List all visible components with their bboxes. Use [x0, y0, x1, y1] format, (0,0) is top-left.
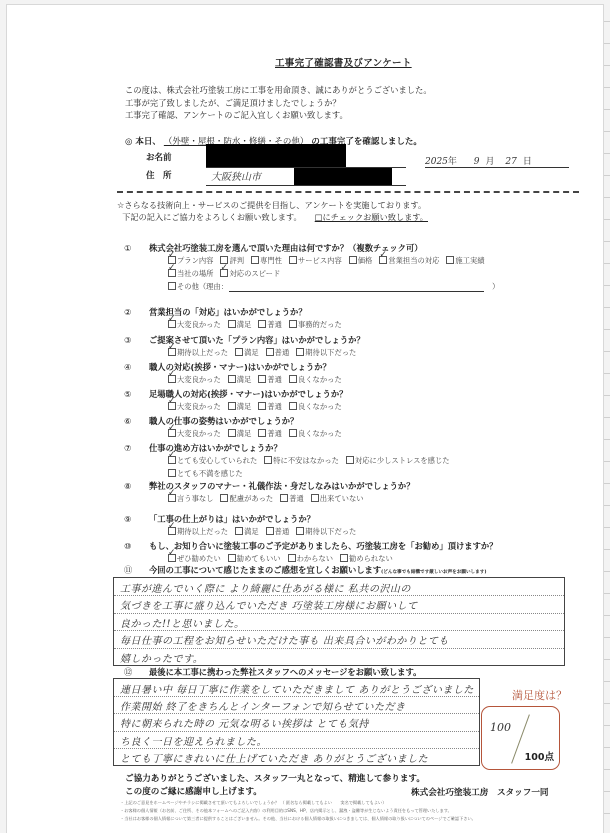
option-label: 満足: [244, 348, 259, 357]
question-number: ⑤: [124, 389, 149, 399]
name-redaction: [206, 144, 346, 168]
question-11: ⑪今回の工事について感じたままのご感想を宜しくお願いします(どんな事でも結構です…: [124, 564, 486, 576]
date-underline: [425, 167, 569, 168]
empty-box-icon[interactable]: [289, 256, 297, 264]
fine-print-line: ・当社はお客様の個人情報について第三者に提供することはございません。その他、当社…: [120, 816, 476, 822]
option-label: 良くなかった: [298, 402, 342, 411]
empty-box-icon[interactable]: [264, 456, 272, 464]
option-checkbox[interactable]: ぜひ勧めたい: [168, 554, 221, 563]
question-text: 今回の工事について感じたままのご感想を宜しくお願いします: [149, 565, 381, 575]
name-label: お名前: [146, 151, 172, 163]
question-3: ③ご提案させて頂いた「プラン内容」はいかがでしょうか？: [124, 334, 365, 346]
option-label: 大変良かった: [177, 375, 221, 384]
date-day: 27: [505, 157, 516, 167]
question-7: ⑦仕事の進め方はいかがでしょうか？: [124, 442, 282, 454]
empty-box-icon[interactable]: [228, 554, 236, 562]
option-label: 普通: [275, 348, 290, 357]
option-checkbox[interactable]: 勧めてもいい: [228, 554, 281, 563]
empty-box-icon[interactable]: [346, 456, 354, 464]
option-checkbox[interactable]: 良くなかった: [289, 429, 342, 438]
option-checkbox[interactable]: 期待以上だった: [168, 348, 228, 357]
handwritten-line: 作業開始 終了をきちんとインターフォンで知らせていただき: [120, 698, 405, 713]
survey-intro-text: 下記の記入にご協力をよろしくお願い致します。: [122, 212, 301, 222]
empty-box-icon[interactable]: [168, 469, 176, 477]
option-label: 普通: [267, 402, 282, 411]
ruled-line: [114, 630, 564, 631]
checked-box-icon[interactable]: [168, 375, 176, 383]
survey-intro-line: ☆さらなる技術向上・サービスのご提供を目指し、アンケートを実施しております。: [117, 200, 428, 212]
question-number: ⑪: [124, 564, 149, 576]
handwritten-line: 気づきを工事に盛り込んでいただき 巧塗装工房様にお願いして: [120, 597, 418, 612]
empty-box-icon[interactable]: [289, 375, 297, 383]
option-checkbox[interactable]: 期待以下だった: [296, 348, 356, 357]
empty-box-icon[interactable]: [289, 402, 297, 410]
option-label: 満足: [244, 527, 259, 536]
checked-box-icon[interactable]: [379, 256, 387, 264]
closing-line: ご協力ありがとうございました、スタッフ一丸となって、精進して参ります。: [125, 773, 425, 786]
option-checkbox[interactable]: わからない: [288, 554, 333, 563]
option-checkbox[interactable]: その他（理由：: [168, 282, 228, 291]
options-row: 大変良かった満足普通良くなかった: [168, 429, 349, 439]
option-label: 普通: [289, 494, 304, 503]
address-underline: [206, 185, 406, 186]
survey-sheet: 工事完了確認書及びアンケート この度は、株式会社巧塗装工房に工事を用命頂き、誠に…: [6, 4, 604, 833]
option-label: 勧めてもいい: [237, 554, 281, 563]
checked-box-icon[interactable]: [168, 320, 176, 328]
option-label: 普通: [275, 527, 290, 536]
option-checkbox[interactable]: 言う事なし: [168, 494, 213, 503]
question-9: ⑨「工事の仕上がりは」はいかがでしょうか？: [124, 513, 315, 525]
satisfaction-label: 満足度は？: [512, 687, 567, 703]
option-label: 評判: [229, 256, 244, 265]
ruled-line: [114, 748, 479, 749]
empty-box-icon[interactable]: [168, 282, 176, 290]
empty-box-icon[interactable]: [266, 527, 274, 535]
date-month: 9: [474, 157, 480, 167]
option-label: 満足: [237, 320, 252, 329]
option-label: 満足: [237, 375, 252, 384]
option-checkbox[interactable]: 良くなかった: [289, 402, 342, 411]
message-textarea[interactable]: 連日暑い中 毎日丁寧に作業をしていただきまして ありがとうございました作業開始 …: [113, 678, 480, 766]
empty-box-icon[interactable]: [220, 494, 228, 502]
option-checkbox[interactable]: 大変良かった: [168, 320, 221, 329]
options-row: とても安心していられた特に不安はなかった対応に少しストレスを感じた: [168, 456, 457, 466]
checked-box-icon[interactable]: [168, 494, 176, 502]
option-checkbox[interactable]: 満足: [228, 402, 252, 411]
impressions-textarea[interactable]: 工事が進んでいく際に より綺麗に仕あがる様に 私共の沢山の気づきを工事に盛り込ん…: [113, 577, 565, 666]
closing-message: ご協力ありがとうございました、スタッフ一丸となって、精進して参ります。 この度の…: [125, 773, 425, 799]
empty-box-icon[interactable]: [296, 348, 304, 356]
option-label: 対応のスピード: [229, 269, 280, 278]
other-close-paren: ）: [492, 282, 499, 291]
option-label: 普通: [267, 320, 282, 329]
question-number: ⑧: [124, 481, 149, 491]
checked-box-icon[interactable]: [168, 429, 176, 437]
closing-line: この度のご縁に感謝申し上げます。: [125, 786, 425, 799]
question-number: ⑦: [124, 443, 149, 453]
option-checkbox[interactable]: 対応のスピード: [220, 269, 280, 278]
option-checkbox[interactable]: 大変良かった: [168, 429, 221, 438]
option-checkbox[interactable]: 対応に少しストレスを感じた: [346, 456, 450, 465]
question-text: もし、お知り合いに塗装工事のご予定がありましたら、巧塗装工房を「お勧め」頂けます…: [149, 541, 497, 551]
option-checkbox[interactable]: 満足: [228, 429, 252, 438]
ruled-line: [114, 595, 564, 596]
options-row: 期待以上だった満足普通期待以下だった: [168, 527, 363, 537]
ruled-line: [114, 713, 479, 714]
empty-box-icon[interactable]: [289, 320, 297, 328]
option-label: 普通: [267, 375, 282, 384]
question-number: ⑫: [124, 666, 149, 678]
option-checkbox[interactable]: とても不満を感じた: [168, 469, 243, 478]
question-text: 職人の対応(挨拶・マナー)はいかがでしょうか？: [149, 362, 331, 372]
question-number: ②: [124, 307, 149, 317]
question-number: ①: [124, 243, 149, 253]
empty-box-icon[interactable]: [349, 256, 357, 264]
option-checkbox[interactable]: 大変良かった: [168, 402, 221, 411]
option-label: 当社の場所: [177, 269, 213, 278]
option-checkbox[interactable]: 勧められない: [340, 554, 393, 563]
options-row: 大変良かった満足普通事務的だった: [168, 320, 349, 330]
option-label: 事務的だった: [298, 320, 342, 329]
option-checkbox[interactable]: 普通: [258, 429, 282, 438]
option-checkbox[interactable]: サービス内容: [289, 256, 342, 265]
empty-box-icon[interactable]: [235, 527, 243, 535]
options-row: 期待以上だった満足普通期待以下だった: [168, 348, 363, 358]
option-label: 価格: [358, 256, 373, 265]
option-label: 期待以上だった: [177, 527, 228, 536]
question-4: ④職人の対応(挨拶・マナー)はいかがでしょうか？: [124, 361, 331, 373]
check-instruction: □にチェックお願い致します。: [315, 212, 428, 222]
option-checkbox[interactable]: 満足: [228, 320, 252, 329]
option-label: サービス内容: [298, 256, 342, 265]
intro-text: この度は、株式会社巧塗装工房に工事を用命頂き、誠にありがとうございました。 工事…: [125, 84, 432, 122]
other-reason-input[interactable]: [229, 282, 484, 292]
question-5: ⑤足場職人の対応(挨拶・マナー)はいかがでしょうか？: [124, 388, 347, 400]
option-checkbox[interactable]: 普通: [258, 320, 282, 329]
option-label: 満足: [237, 429, 252, 438]
option-label: 配慮があった: [229, 494, 273, 503]
empty-box-icon[interactable]: [258, 375, 266, 383]
question-text: ご提案させて頂いた「プラン内容」はいかがでしょうか？: [149, 335, 365, 345]
checked-box-icon[interactable]: [168, 527, 176, 535]
handwritten-line: 毎日仕事の工程をお知らせいただけた事も 出来具合いがわかりとても: [120, 632, 449, 647]
empty-box-icon[interactable]: [228, 375, 236, 383]
empty-box-icon[interactable]: [280, 494, 288, 502]
option-label: 大変良かった: [177, 429, 221, 438]
options-row: プラン内容評判専門性サービス内容価格営業担当の対応施工実績: [168, 256, 492, 266]
option-label: 出来ていない: [320, 494, 364, 503]
option-label: 特に不安はなかった: [273, 456, 339, 465]
empty-box-icon[interactable]: [228, 429, 236, 437]
option-checkbox[interactable]: 期待以上だった: [168, 527, 228, 536]
option-checkbox[interactable]: 特に不安はなかった: [264, 456, 339, 465]
option-checkbox[interactable]: 普通: [266, 527, 290, 536]
checked-box-icon[interactable]: [220, 269, 228, 277]
option-label: 対応に少しストレスを感じた: [355, 456, 450, 465]
survey-intro: ☆さらなる技術向上・サービスのご提供を目指し、アンケートを実施しております。 下…: [117, 200, 428, 223]
option-checkbox[interactable]: 出来ていない: [311, 494, 364, 503]
option-label: 専門性: [260, 256, 282, 265]
ruled-line: [114, 648, 564, 649]
satisfaction-max: 100点: [525, 749, 554, 763]
address-label: 住 所: [146, 169, 172, 181]
empty-box-icon[interactable]: [258, 402, 266, 410]
handwritten-line: 良かった!!と思いました。: [120, 615, 245, 630]
date-year: 2025: [425, 157, 448, 167]
ruled-line: [114, 731, 479, 732]
intro-line: 工事が完了致しましたが、ご満足頂けましたでしょうか？: [125, 97, 432, 110]
date-month-unit: 月: [486, 157, 495, 167]
option-label: 期待以上だった: [177, 348, 228, 357]
intro-line: この度は、株式会社巧塗装工房に工事を用命頂き、誠にありがとうございました。: [125, 84, 432, 97]
empty-box-icon[interactable]: [228, 320, 236, 328]
option-checkbox[interactable]: 普通: [266, 348, 290, 357]
option-checkbox[interactable]: 配慮があった: [220, 494, 273, 503]
options-row: 言う事なし配慮があった普通出来ていない: [168, 494, 371, 504]
option-checkbox[interactable]: 大変良かった: [168, 375, 221, 384]
option-label: ぜひ勧めたい: [177, 554, 221, 563]
options-row: とても不満を感じた: [168, 469, 250, 479]
empty-box-icon[interactable]: [311, 494, 319, 502]
divider: [117, 191, 579, 193]
option-label: 大変良かった: [177, 320, 221, 329]
empty-box-icon[interactable]: [235, 348, 243, 356]
option-checkbox[interactable]: 普通: [258, 375, 282, 384]
intro-line: 工事完了確認、アンケートのご記入宜しくお願い致します。: [125, 109, 432, 122]
question-text: 足場職人の対応(挨拶・マナー)はいかがでしょうか？: [149, 389, 347, 399]
question-2: ②営業担当の「対応」はいかがでしょうか？: [124, 306, 307, 318]
empty-box-icon[interactable]: [289, 429, 297, 437]
option-label: 期待以下だった: [305, 527, 356, 536]
empty-box-icon[interactable]: [258, 429, 266, 437]
empty-box-icon[interactable]: [258, 320, 266, 328]
checked-box-icon[interactable]: [168, 348, 176, 356]
option-checkbox[interactable]: 満足: [235, 348, 259, 357]
option-label: プラン内容: [177, 256, 213, 265]
fine-print-line: ・上記のご意見をホームページやチラシに掲載させて頂いてもよろしいでしょうか？ （…: [120, 800, 386, 806]
option-checkbox[interactable]: 営業担当の対応: [379, 256, 439, 265]
handwritten-line: とても丁寧にきれいに仕上げていただき ありがとうございました: [120, 750, 428, 765]
empty-box-icon[interactable]: [340, 554, 348, 562]
handwritten-line: ち良く一日を迎えられました。: [120, 733, 267, 748]
options-row: 当社の場所対応のスピード: [168, 269, 287, 279]
option-label: 普通: [267, 429, 282, 438]
checked-box-icon[interactable]: [168, 554, 176, 562]
ruled-line: [114, 696, 479, 697]
option-checkbox[interactable]: 当社の場所: [168, 269, 213, 278]
option-checkbox[interactable]: 施工実績: [446, 256, 484, 265]
document-title: 工事完了確認書及びアンケート: [275, 55, 412, 69]
question-number: ④: [124, 362, 149, 372]
option-checkbox[interactable]: 普通: [258, 402, 282, 411]
question-12: ⑫最後に本工事に携わった弊社スタッフへのメッセージをお願い致します。: [124, 666, 421, 678]
option-label: 期待以下だった: [305, 348, 356, 357]
handwritten-line: 特に朝来られた時の 元気な明るい挨拶は とても気持: [120, 715, 369, 730]
option-checkbox[interactable]: 事務的だった: [289, 320, 342, 329]
option-label: とても安心していられた: [177, 456, 257, 465]
option-checkbox[interactable]: 価格: [349, 256, 373, 265]
question-number: ⑨: [124, 514, 149, 524]
ruled-line: [114, 613, 564, 614]
empty-box-icon[interactable]: [251, 256, 259, 264]
question-note: (どんな事でも結構です厳しいお声をお願いします): [381, 570, 486, 575]
question-number: ⑥: [124, 416, 149, 426]
option-checkbox[interactable]: 専門性: [251, 256, 282, 265]
completion-date: 2025年 9月 27日: [425, 154, 532, 167]
question-number: ③: [124, 335, 149, 345]
address-value: 大阪狭山市: [211, 168, 261, 183]
address-redaction: [294, 168, 392, 185]
option-label: 良くなかった: [298, 429, 342, 438]
satisfaction-score-box[interactable]: 100 100点: [481, 706, 560, 770]
date-day-unit: 日: [523, 157, 532, 167]
checked-box-icon[interactable]: [168, 269, 176, 277]
handwritten-line: 工事が進んでいく際に より綺麗に仕あがる様に 私共の沢山の: [120, 580, 411, 595]
checked-box-icon[interactable]: [168, 402, 176, 410]
option-checkbox[interactable]: 良くなかった: [289, 375, 342, 384]
empty-box-icon[interactable]: [446, 256, 454, 264]
date-year-unit: 年: [448, 157, 457, 167]
empty-box-icon[interactable]: [228, 402, 236, 410]
option-checkbox[interactable]: 満足: [228, 375, 252, 384]
options-row: その他（理由： ）: [168, 282, 499, 292]
option-label: その他（理由：: [177, 282, 228, 291]
question-10: ⑩もし、お知り合いに塗装工事のご予定がありましたら、巧塗装工房を「お勧め」頂けま…: [124, 540, 497, 552]
options-row: ぜひ勧めたい勧めてもいいわからない勧められない: [168, 554, 400, 564]
question-text: 最後に本工事に携わった弊社スタッフへのメッセージをお願い致します。: [149, 667, 421, 677]
empty-box-icon[interactable]: [296, 527, 304, 535]
option-label: 言う事なし: [177, 494, 213, 503]
option-label: 満足: [237, 402, 252, 411]
survey-intro-line: 下記の記入にご協力をよろしくお願い致します。 □にチェックお願い致します。: [117, 212, 428, 224]
option-checkbox[interactable]: 満足: [235, 527, 259, 536]
handwritten-line: 連日暑い中 毎日丁寧に作業をしていただきまして ありがとうございました: [120, 681, 474, 696]
option-label: 大変良かった: [177, 402, 221, 411]
checked-box-icon[interactable]: [168, 456, 176, 464]
option-label: 施工実績: [455, 256, 484, 265]
option-label: とても不満を感じた: [177, 469, 243, 478]
option-label: 営業担当の対応: [388, 256, 439, 265]
option-checkbox[interactable]: 期待以下だった: [296, 527, 356, 536]
signature: 株式会社巧塗装工房 スタッフ一同: [411, 786, 549, 798]
handwritten-line: 嬉しかったです。: [120, 650, 203, 665]
confirm-prefix: ◎ 本日、: [125, 137, 161, 147]
empty-box-icon[interactable]: [266, 348, 274, 356]
options-row: 大変良かった満足普通良くなかった: [168, 375, 349, 385]
option-checkbox[interactable]: とても安心していられた: [168, 456, 257, 465]
fine-print-line: ・お客様の個人情報（お名前、ご住所、その他本フォームへのご記入内容）の利用目的は…: [120, 808, 452, 814]
option-label: 良くなかった: [298, 375, 342, 384]
question-6: ⑥職人の仕事の姿勢はいかがでしょうか？: [124, 415, 298, 427]
question-text: 弊社のスタッフのマナー・礼儀作法・身だしなみはいかがでしょうか？: [149, 481, 415, 491]
satisfaction-score: 100: [490, 721, 511, 734]
option-checkbox[interactable]: 普通: [280, 494, 304, 503]
option-label: 勧められない: [349, 554, 393, 563]
empty-box-icon[interactable]: [288, 554, 296, 562]
question-number: ⑩: [124, 541, 149, 551]
option-label: わからない: [297, 554, 333, 563]
options-row: 大変良かった満足普通良くなかった: [168, 402, 349, 412]
